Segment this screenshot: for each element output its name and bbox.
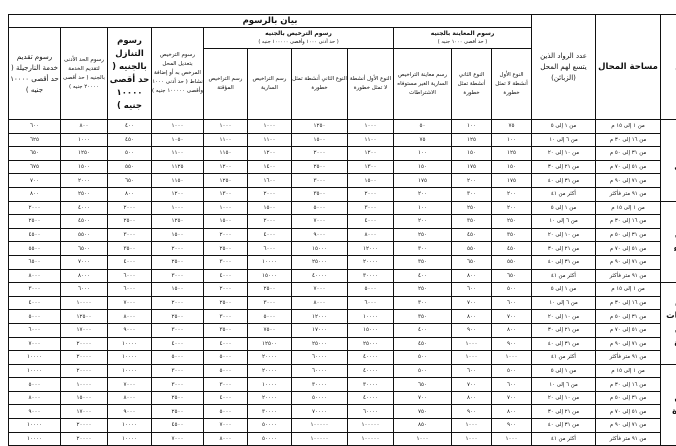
header-visitors: عدد الرواد الذين يتسع لهم المحل (الزبائن…: [532, 15, 596, 120]
cell-lic1: ٥٠٠٠: [348, 283, 394, 297]
cell-lic2: ٢٠٠٠: [292, 147, 348, 161]
table-row: من ١٦ إلى ٣٠ ممن ٦ إلى ١٠١٠٠١٢٥٧٥١١٠٠١٥٠…: [9, 133, 676, 147]
cell-min-service: ١٢٥٠٠: [61, 310, 108, 324]
cell-insp1: ٦٠٠: [492, 378, 532, 392]
cell-modify: ٥٠٠٠: [152, 351, 204, 365]
cell-lic-tmp: ٢٠٠٠: [204, 283, 248, 297]
location-cell: عواصم المحافظات والمدن الجديدة: [661, 283, 676, 365]
table-row: من ٧١ إلى ٩٠ ممن ٣١ إلى ٤٠١٧٥٢٠٠١٧٥١٥٠٠٣…: [9, 174, 676, 188]
cell-hookah: ١٠٠٠٠: [9, 351, 61, 365]
cell-insp-ex: ٥٠٠: [394, 364, 452, 378]
cell-lic1: ٣٠٠٠: [348, 201, 394, 215]
cell-area: من ١٦ إلى ٣٠ م: [596, 296, 661, 310]
cell-lic-ex: ١٠٠٠٠: [248, 378, 292, 392]
table-row: عواصم المحافظات والمدن الجديدةمن ١ إلى ١…: [9, 283, 676, 297]
cell-modify: ١٥٠٠: [152, 228, 204, 242]
cell-lic1: ١٢٠٠: [348, 147, 394, 161]
cell-lic-ex: ٣٠٠٠: [248, 296, 292, 310]
cell-modify: ٣٠٠٠: [152, 378, 204, 392]
cell-hookah: ٤٠٠٠: [9, 296, 61, 310]
cell-insp2: ٦٥٠: [452, 255, 492, 269]
cell-lic2: ٥٠٠٠٠: [292, 391, 348, 405]
cell-insp1: ٨٠٠: [492, 405, 532, 419]
cell-waiver: ٥٠٠: [108, 147, 152, 161]
cell-min-service: ٢٠٠٠٠: [61, 419, 108, 432]
cell-modify: ٣٠٠٠: [152, 364, 204, 378]
cell-waiver: ٤٥٠: [108, 133, 152, 147]
cell-area: من ١ إلى ١٥ م: [596, 120, 661, 134]
cell-modify: ١٢٠٠: [152, 187, 204, 201]
cell-area: من ٣١ إلى ٥٠ م: [596, 310, 661, 324]
cell-visitors: من ٢١ إلى ٣٠: [532, 405, 596, 419]
header-insp-existing: رسم معاينة التراخيص السارية الغير مستوفا…: [394, 49, 452, 120]
table-row: من ١٦ إلى ٣٠ ممن ٦ إلى ١٠٦٠٠٧٠٠٣٠٠٦٠٠٠٨٠…: [9, 296, 676, 310]
cell-visitors: أكثر من ٤١: [532, 351, 596, 365]
cell-lic1: ٣٠٠٠٠: [348, 269, 394, 283]
header-area: مساحة المحال: [596, 15, 661, 120]
cell-hookah: ٨٠٠٠: [9, 269, 61, 283]
cell-area: من ١ إلى ١٥ م: [596, 283, 661, 297]
cell-lic1: ١٢٠٠٠: [348, 242, 394, 256]
cell-insp-ex: ١٠٠: [394, 147, 452, 161]
cell-min-service: ١٢٥٠: [61, 147, 108, 161]
cell-lic2: ١٥٠٠٠: [292, 242, 348, 256]
cell-area: من ١ إلى ١٥ م: [596, 364, 661, 378]
cell-lic1: ١٠٠٠٠٠: [348, 419, 394, 432]
cell-insp1: ٦٥٠: [492, 269, 532, 283]
cell-insp-ex: ١٥٠: [394, 160, 452, 174]
cell-area: من ٣١ إلى ٥٠ م: [596, 147, 661, 161]
cell-hookah: ٦٥٠٠: [9, 255, 61, 269]
cell-lic-ex: ١٢٠٠: [248, 147, 292, 161]
cell-visitors: من ٢١ إلى ٣٠: [532, 242, 596, 256]
cell-lic2: ١٠٠٠٠٠: [292, 419, 348, 432]
cell-insp2: ٥٥٠: [452, 242, 492, 256]
cell-insp-ex: ٨٥٠: [394, 419, 452, 432]
cell-area: من ٩١ متر فأكثر: [596, 187, 661, 201]
cell-waiver: ١٠٠٠٠: [108, 337, 152, 351]
cell-hookah: ٦٠٠: [9, 120, 61, 134]
cell-waiver: ٩٠٠٠: [108, 323, 152, 337]
cell-visitors: من ٣١ إلى ٤٠: [532, 255, 596, 269]
cell-lic-tmp: ٣٠٠٠: [204, 310, 248, 324]
cell-min-service: ١٧٠٠٠: [61, 323, 108, 337]
cell-lic-tmp: ١١٥٠: [204, 147, 248, 161]
cell-waiver: ١٠٠٠٠: [108, 364, 152, 378]
cell-modify: ١٢٥٠: [152, 215, 204, 229]
cell-lic1: ١٣٠٠: [348, 160, 394, 174]
table-row: من ٣١ إلى ٥٠ ممن ١٠ إلى ٢٠٧٠٠٨٠٠٣٥٠١٠٠٠٠…: [9, 310, 676, 324]
header-hookah: رسوم تقديم خدمة النارجيلة ( حد أقصى ١٠٠٠…: [9, 28, 61, 120]
cell-area: من ٣١ إلى ٥٠ م: [596, 391, 661, 405]
cell-hookah: ٩٠٠٠: [9, 405, 61, 419]
cell-insp-ex: ٢٥٠: [394, 228, 452, 242]
cell-insp1: ٦٠٠: [492, 296, 532, 310]
cell-insp1: ١٥٠: [492, 160, 532, 174]
cell-lic-tmp: ٢٥٠٠: [204, 296, 248, 310]
header-license-group: رسوم الترخيص بالجنيه( حد أدنى ١٠٠٠ وأقصى…: [204, 28, 394, 49]
cell-hookah: ٨٠٠٠: [9, 391, 61, 405]
cell-lic2: ٢٥٠٠٠: [292, 255, 348, 269]
cell-min-service: ١٧٠٠٠: [61, 405, 108, 419]
cell-hookah: ٦٢٥: [9, 133, 61, 147]
cell-lic-ex: ٥٠٠٠٠: [248, 419, 292, 432]
cell-lic-tmp: ٤٠٠٠: [204, 337, 248, 351]
cell-insp2: ٨٠٠: [452, 269, 492, 283]
cell-visitors: من ٣١ إلى ٤٠: [532, 419, 596, 432]
cell-insp2: ٤٥٠: [452, 228, 492, 242]
cell-waiver: ١٠٠٠٠: [108, 419, 152, 432]
cell-lic1: ٦٠٠٠: [348, 296, 394, 310]
cell-lic1: ٤٠٠٠٠: [348, 391, 394, 405]
cell-insp2: ٧٠٠: [452, 296, 492, 310]
cell-lic-ex: ٣٠٠٠٠: [248, 405, 292, 419]
table-title: بيان بالرسوم: [9, 15, 532, 28]
cell-visitors: أكثر من ٤١: [532, 269, 596, 283]
cell-lic-ex: ٢٠٠٠٠: [248, 364, 292, 378]
cell-hookah: ٦٥٠: [9, 147, 61, 161]
table-row: من ٩١ متر فأكثرأكثر من ٤١٢٠٠٣٠٠٢٠٠٢٠٠٠٣٥…: [9, 187, 676, 201]
cell-visitors: من ٢١ إلى ٣٠: [532, 160, 596, 174]
cell-lic-tmp: ٤٠٠٠: [204, 269, 248, 283]
cell-area: من ٩١ متر فأكثر: [596, 351, 661, 365]
cell-min-service: ٢٠٠٠٠: [61, 351, 108, 365]
header-modify: رسوم الترخيص بتعديل المحل المرخص به أو إ…: [152, 28, 204, 120]
cell-min-service: ٢٠٠٠٠: [61, 364, 108, 378]
cell-lic-tmp: ٧٠٠٠: [204, 419, 248, 432]
cell-area: من ٥١ إلى ٧٠ م: [596, 160, 661, 174]
cell-lic-tmp: ٥٠٠٠: [204, 364, 248, 378]
cell-lic-ex: ٢٠٠٠٠: [248, 391, 292, 405]
cell-lic2: ٧٠٠٠٠: [292, 405, 348, 419]
cell-insp-ex: ١٧٥: [394, 174, 452, 188]
cell-waiver: ٦٠٠٠: [108, 283, 152, 297]
location-cell: والمدن والأحياء: [661, 201, 676, 283]
cell-min-service: ٨٠٠٠: [61, 269, 108, 283]
cell-min-service: ٢٥٠٠: [61, 187, 108, 201]
cell-lic2: ٣٠٠٠٠: [292, 378, 348, 392]
cell-visitors: من ١٠ إلى ٢٠: [532, 228, 596, 242]
table-row: من ١٦ إلى ٣٠ ممن ٦ إلى ١٠٦٠٠٧٠٠٦٥٠٣٠٠٠٠٣…: [9, 378, 676, 392]
cell-lic-tmp: ٢٥٠٠: [204, 242, 248, 256]
cell-waiver: ٣٠٠٠: [108, 228, 152, 242]
cell-waiver: ٤٠٠٠: [108, 255, 152, 269]
cell-insp-ex: ٥٠: [394, 120, 452, 134]
cell-min-service: ١٥٠٠٠: [61, 391, 108, 405]
cell-min-service: ٤٠٠٠: [61, 201, 108, 215]
cell-lic2: ٦٠٠٠٠: [292, 364, 348, 378]
header-lic-temp: رسم التراخيص المؤقتة: [204, 49, 248, 120]
cell-insp2: ١٠٠٠: [452, 337, 492, 351]
cell-min-service: ١٠٠٠٠: [61, 378, 108, 392]
cell-waiver: ٧٠٠٠: [108, 296, 152, 310]
cell-waiver: ٨٠٠٠: [108, 391, 152, 405]
cell-insp1: ٢٠٠: [492, 201, 532, 215]
cell-area: من ٩١ متر فأكثر: [596, 269, 661, 283]
cell-insp2: ٦٠٠: [452, 283, 492, 297]
cell-lic-tmp: ٥٠٠٠: [204, 405, 248, 419]
cell-lic2: ٦٠٠٠٠: [292, 351, 348, 365]
cell-modify: ١١٢٥: [152, 160, 204, 174]
cell-lic-tmp: ١٠٠٠: [204, 120, 248, 134]
cell-lic2: ٤٠٠٠٠: [292, 269, 348, 283]
cell-hookah: ٥٥٠٠: [9, 242, 61, 256]
cell-lic2: ٣٥٠٠: [292, 187, 348, 201]
cell-min-service: ١٥٠٠: [61, 160, 108, 174]
cell-insp2: ١٧٥: [452, 160, 492, 174]
table-row: النجوع والقرىمن ١ إلى ١٥ ممن ١ إلى ٥٧٥١٠…: [9, 120, 676, 134]
cell-insp2: ٢٥٠: [452, 201, 492, 215]
cell-insp1: ٩٠٠: [492, 337, 532, 351]
cell-insp-ex: ٣٥٠: [394, 310, 452, 324]
cell-lic2: ٧٠٠٠: [292, 283, 348, 297]
cell-visitors: من ١ إلى ٥: [532, 364, 596, 378]
cell-min-service: ٨٠٠: [61, 120, 108, 134]
cell-min-service: ٤٥٠٠: [61, 215, 108, 229]
cell-hookah: ٧٠٠: [9, 174, 61, 188]
cell-lic1: ٨٠٠٠: [348, 228, 394, 242]
cell-hookah: ٦٠٠٠: [9, 323, 61, 337]
cell-insp-ex: ١٠٠: [394, 201, 452, 215]
cell-area: من ١٦ إلى ٣٠ م: [596, 378, 661, 392]
cell-insp-ex: ٧٥: [394, 133, 452, 147]
cell-insp-ex: ٤٠٠: [394, 323, 452, 337]
cell-insp-ex: ٢٠٠: [394, 215, 452, 229]
cell-waiver: ٨٠٠: [108, 187, 152, 201]
cell-insp2: ٣٥٠: [452, 215, 492, 229]
cell-visitors: من ٢١ إلى ٣٠: [532, 323, 596, 337]
table-row: من ٧١ إلى ٩٠ ممن ٣١ إلى ٤٠٥٥٠٦٥٠٣٥٠٢٠٠٠٠…: [9, 255, 676, 269]
cell-area: من ٧١ إلى ٩٠ م: [596, 174, 661, 188]
cell-insp-ex: ٢٠٠: [394, 187, 452, 201]
cell-lic2: ٨٠٠٠: [292, 296, 348, 310]
cell-waiver: ٦٠٠٠: [108, 269, 152, 283]
cell-lic-tmp: ٤٠٠٠: [204, 391, 248, 405]
cell-visitors: من ١ إلى ٥: [532, 120, 596, 134]
table-row: من ٣١ إلى ٥٠ ممن ١٠ إلى ٢٠١٢٥١٥٠١٠٠١٢٠٠٢…: [9, 147, 676, 161]
cell-insp1: ٧٠٠: [492, 391, 532, 405]
cell-hookah: ٣٠٠٠: [9, 283, 61, 297]
cell-lic1: ٦٠٠٠٠: [348, 405, 394, 419]
cell-lic-ex: ١٥٠٠: [248, 201, 292, 215]
cell-visitors: من ٣١ إلى ٤٠: [532, 174, 596, 188]
header-lic-existing: رسم التراخيص السارية: [248, 49, 292, 120]
cell-insp-ex: ٧٠٠: [394, 391, 452, 405]
cell-modify: ٢٥٠٠: [152, 391, 204, 405]
cell-insp2: ٧٠٠: [452, 378, 492, 392]
cell-modify: ٤٠٠٠: [152, 337, 204, 351]
cell-visitors: من ٦ إلى ١٠: [532, 215, 596, 229]
cell-waiver: ٧٠٠٠: [108, 378, 152, 392]
license-group-label: رسوم الترخيص بالجنيه: [265, 30, 332, 37]
cell-modify: ٣٠٠٠: [152, 269, 204, 283]
cell-hookah: ٥٠٠٠: [9, 378, 61, 392]
cell-min-service: ٧٠٠٠: [61, 255, 108, 269]
cell-lic1: ١٥٠٠٠: [348, 323, 394, 337]
cell-visitors: من ١٠ إلى ٢٠: [532, 147, 596, 161]
cell-lic2: ١٧٠٠٠: [292, 323, 348, 337]
cell-lic2: ٢٥٠٠: [292, 160, 348, 174]
cell-lic2: ٥٠٠٠: [292, 201, 348, 215]
cell-insp-ex: ٣٠٠: [394, 242, 452, 256]
cell-insp2: ١٥٠: [452, 147, 492, 161]
cell-modify: ١٠٥٠: [152, 133, 204, 147]
table-row: الأماكن المتميزةمن ١ إلى ١٥ ممن ١ إلى ٥٥…: [9, 364, 676, 378]
cell-area: من ١٦ إلى ٣٠ م: [596, 215, 661, 229]
header-waiver: رسوم التنازل بالجنيه ( حد أقصى ١٠٠٠٠ جني…: [108, 28, 152, 120]
cell-lic1: ٤٠٠٠٠: [348, 351, 394, 365]
cell-area: من ٥١ إلى ٧٠ م: [596, 323, 661, 337]
cell-insp-ex: ٦٥٠: [394, 378, 452, 392]
table-row: من ٥١ إلى ٧٠ ممن ٢١ إلى ٣٠٨٠٠٩٠٠٤٠٠١٥٠٠٠…: [9, 323, 676, 337]
cell-modify: ٢٥٠٠: [152, 405, 204, 419]
fees-document: الموقع مساحة المحال عدد الرواد الذين يتس…: [8, 14, 668, 432]
cell-insp2: ٨٠٠: [452, 310, 492, 324]
cell-hookah: ٤٥٠٠: [9, 228, 61, 242]
cell-lic-ex: ٢٠٠٠٠: [248, 351, 292, 365]
cell-hookah: ٢٥٠٠: [9, 215, 61, 229]
cell-area: من ١٦ إلى ٣٠ م: [596, 133, 661, 147]
table-row: والمدن والأحياءمن ١ إلى ١٥ ممن ١ إلى ٥٢٠…: [9, 201, 676, 215]
cell-insp1: ١٧٥: [492, 174, 532, 188]
cell-modify: ١٠٠٠: [152, 201, 204, 215]
cell-insp-ex: ٧٥٠: [394, 405, 452, 419]
cell-lic-tmp: ٣٠٠٠: [204, 255, 248, 269]
cell-waiver: ٥٥٠: [108, 160, 152, 174]
table-row: من ٧١ إلى ٩٠ ممن ٣١ إلى ٤٠٩٠٠١٠٠٠٨٥٠١٠٠٠…: [9, 419, 676, 432]
cell-hookah: ٦٧٥: [9, 160, 61, 174]
cell-waiver: ٩٠٠٠: [108, 405, 152, 419]
cell-area: من ٣١ إلى ٥٠ م: [596, 228, 661, 242]
table-row: من ٩١ متر فأكثرأكثر من ٤١١٠٠٠١٠٠٠٥٠٠٤٠٠٠…: [9, 351, 676, 365]
cell-lic2: ١٥٠٠: [292, 133, 348, 147]
cell-lic2: ٢٥٠٠٠: [292, 337, 348, 351]
cell-lic2: ٧٠٠٠: [292, 215, 348, 229]
cell-lic2: ٩٠٠٠: [292, 228, 348, 242]
location-cell: النجوع والقرى: [661, 120, 676, 202]
cell-waiver: ٢٥٠٠: [108, 215, 152, 229]
cell-lic-ex: ٤٠٠٠: [248, 228, 292, 242]
cell-insp1: ٥٥٠: [492, 255, 532, 269]
cell-visitors: من ١٠ إلى ٢٠: [532, 310, 596, 324]
cell-waiver: ٣٥٠٠: [108, 242, 152, 256]
cell-insp1: ٤٥٠: [492, 242, 532, 256]
cell-min-service: ٦٥٠٠: [61, 242, 108, 256]
cell-insp-ex: ٣٥٠: [394, 255, 452, 269]
location-cell: الأماكن المتميزة: [661, 364, 676, 432]
cell-waiver: ٨٠٠٠: [108, 310, 152, 324]
cell-insp1: ٧٠٠: [492, 310, 532, 324]
cell-visitors: من ٦ إلى ١٠: [532, 378, 596, 392]
fees-table: الموقع مساحة المحال عدد الرواد الذين يتس…: [8, 14, 676, 432]
cell-area: من ٧١ إلى ٩٠ م: [596, 255, 661, 269]
cell-insp2: ٨٠٠: [452, 391, 492, 405]
cell-hookah: ٧٠٠٠: [9, 337, 61, 351]
table-row: من ١٦ إلى ٣٠ ممن ٦ إلى ١٠٢٥٠٣٥٠٢٠٠٤٠٠٠٧٠…: [9, 215, 676, 229]
cell-lic-tmp: ٥٠٠٠: [204, 351, 248, 365]
cell-min-service: ٢٠٠٠٠: [61, 337, 108, 351]
cell-insp1: ٢٠٠: [492, 187, 532, 201]
cell-min-service: ١٠٠٠: [61, 133, 108, 147]
cell-lic-ex: ٥٠٠٠: [248, 310, 292, 324]
cell-lic-tmp: ١٥٠٠: [204, 215, 248, 229]
cell-insp1: ٩٠٠: [492, 419, 532, 432]
cell-hookah: ١٠٠٠٠: [9, 364, 61, 378]
cell-visitors: من ٣١ إلى ٤٠: [532, 337, 596, 351]
cell-visitors: من ١ إلى ٥: [532, 283, 596, 297]
cell-area: من ٥١ إلى ٧٠ م: [596, 405, 661, 419]
cell-insp2: ١٠٠٠: [452, 419, 492, 432]
cell-lic2: ١٢٠٠٠: [292, 310, 348, 324]
cell-insp1: ٥٠٠: [492, 283, 532, 297]
cell-lic-ex: ١٠٠٠: [248, 120, 292, 134]
cell-insp1: ٧٥: [492, 120, 532, 134]
cell-insp1: ٨٠٠: [492, 323, 532, 337]
cell-visitors: من ٦ إلى ١٠: [532, 296, 596, 310]
cell-modify: ٢٥٠٠: [152, 255, 204, 269]
cell-lic1: ٣٠٠٠٠: [348, 378, 394, 392]
cell-insp1: ١٠٠٠: [492, 351, 532, 365]
cell-area: من ٧١ إلى ٩٠ م: [596, 337, 661, 351]
cell-lic1: ١٠٠٠٠: [348, 310, 394, 324]
cell-lic1: ١١٠٠: [348, 133, 394, 147]
header-insp-type2: النوع الثاني أنشطة تمثل خطورة: [452, 49, 492, 120]
cell-insp2: ٩٠٠: [452, 323, 492, 337]
cell-insp-ex: ٥٠٠: [394, 351, 452, 365]
cell-lic1: ٢٠٠٠: [348, 187, 394, 201]
cell-modify: ١١٥٠: [152, 174, 204, 188]
header-location: الموقع: [661, 15, 676, 120]
cell-lic-tmp: ١٠٠٠: [204, 201, 248, 215]
cell-insp2: ٩٠٠: [452, 405, 492, 419]
cell-lic-tmp: ٣٥٠٠: [204, 323, 248, 337]
cell-lic1: ٢٥٠٠٠: [348, 337, 394, 351]
cell-modify: ١٠٠٠: [152, 120, 204, 134]
cell-lic-ex: ٦٠٠٠: [248, 242, 292, 256]
cell-area: من ١ إلى ١٥ م: [596, 201, 661, 215]
cell-modify: ٢٠٠٠: [152, 296, 204, 310]
cell-hookah: ٢٠٠٠: [9, 201, 61, 215]
cell-lic1: ٢٠٠٠٠: [348, 255, 394, 269]
table-row: من ٩١ متر فأكثرأكثر من ٤١٦٥٠٨٠٠٤٠٠٣٠٠٠٠٤…: [9, 269, 676, 283]
cell-modify: ٢٥٠٠: [152, 310, 204, 324]
cell-visitors: من ٦ إلى ١٠: [532, 133, 596, 147]
cell-lic-ex: ١٦٠٠: [248, 174, 292, 188]
header-insp-type1: النوع الأول أنشطة لا تمثل خطورة: [492, 49, 532, 120]
header-min-service: رسوم الحد الأدنى لتقديم الخدمة بالجنيه (…: [61, 28, 108, 120]
cell-waiver: ٢٠٠٠: [108, 201, 152, 215]
cell-insp1: ٢٥٠: [492, 215, 532, 229]
cell-lic1: ٤٠٠٠: [348, 215, 394, 229]
cell-lic-ex: ١١٠٠: [248, 133, 292, 147]
inspection-group-note: ( حد أقصى ١٠٠٠ جنيه ): [394, 38, 531, 46]
cell-lic-tmp: ٣٠٠٠: [204, 378, 248, 392]
cell-lic-ex: ٢٠٠٠: [248, 215, 292, 229]
cell-visitors: من ١٠ إلى ٢٠: [532, 391, 596, 405]
cell-lic-ex: ١٢٥٠٠: [248, 337, 292, 351]
cell-insp-ex: ٣٠٠: [394, 296, 452, 310]
table-row: من ٧١ إلى ٩٠ ممن ٣١ إلى ٤٠٩٠٠١٠٠٠٤٥٠٢٥٠٠…: [9, 337, 676, 351]
table-row: من ٣١ إلى ٥٠ ممن ١٠ إلى ٢٠٣٥٠٤٥٠٢٥٠٨٠٠٠٩…: [9, 228, 676, 242]
header-inspection-group: رسوم المعاينة بالجنيه( حد أقصى ١٠٠٠ جنيه…: [394, 28, 532, 49]
cell-lic-tmp: ١٢٥٠: [204, 174, 248, 188]
cell-lic1: ١٥٠٠: [348, 174, 394, 188]
cell-lic2: ١٢٥٠: [292, 120, 348, 134]
cell-insp1: ١٢٥: [492, 147, 532, 161]
cell-hookah: ٥٠٠٠: [9, 310, 61, 324]
cell-lic-ex: ١٠٠٠٠: [248, 255, 292, 269]
cell-lic1: ٤٠٠٠٠: [348, 364, 394, 378]
